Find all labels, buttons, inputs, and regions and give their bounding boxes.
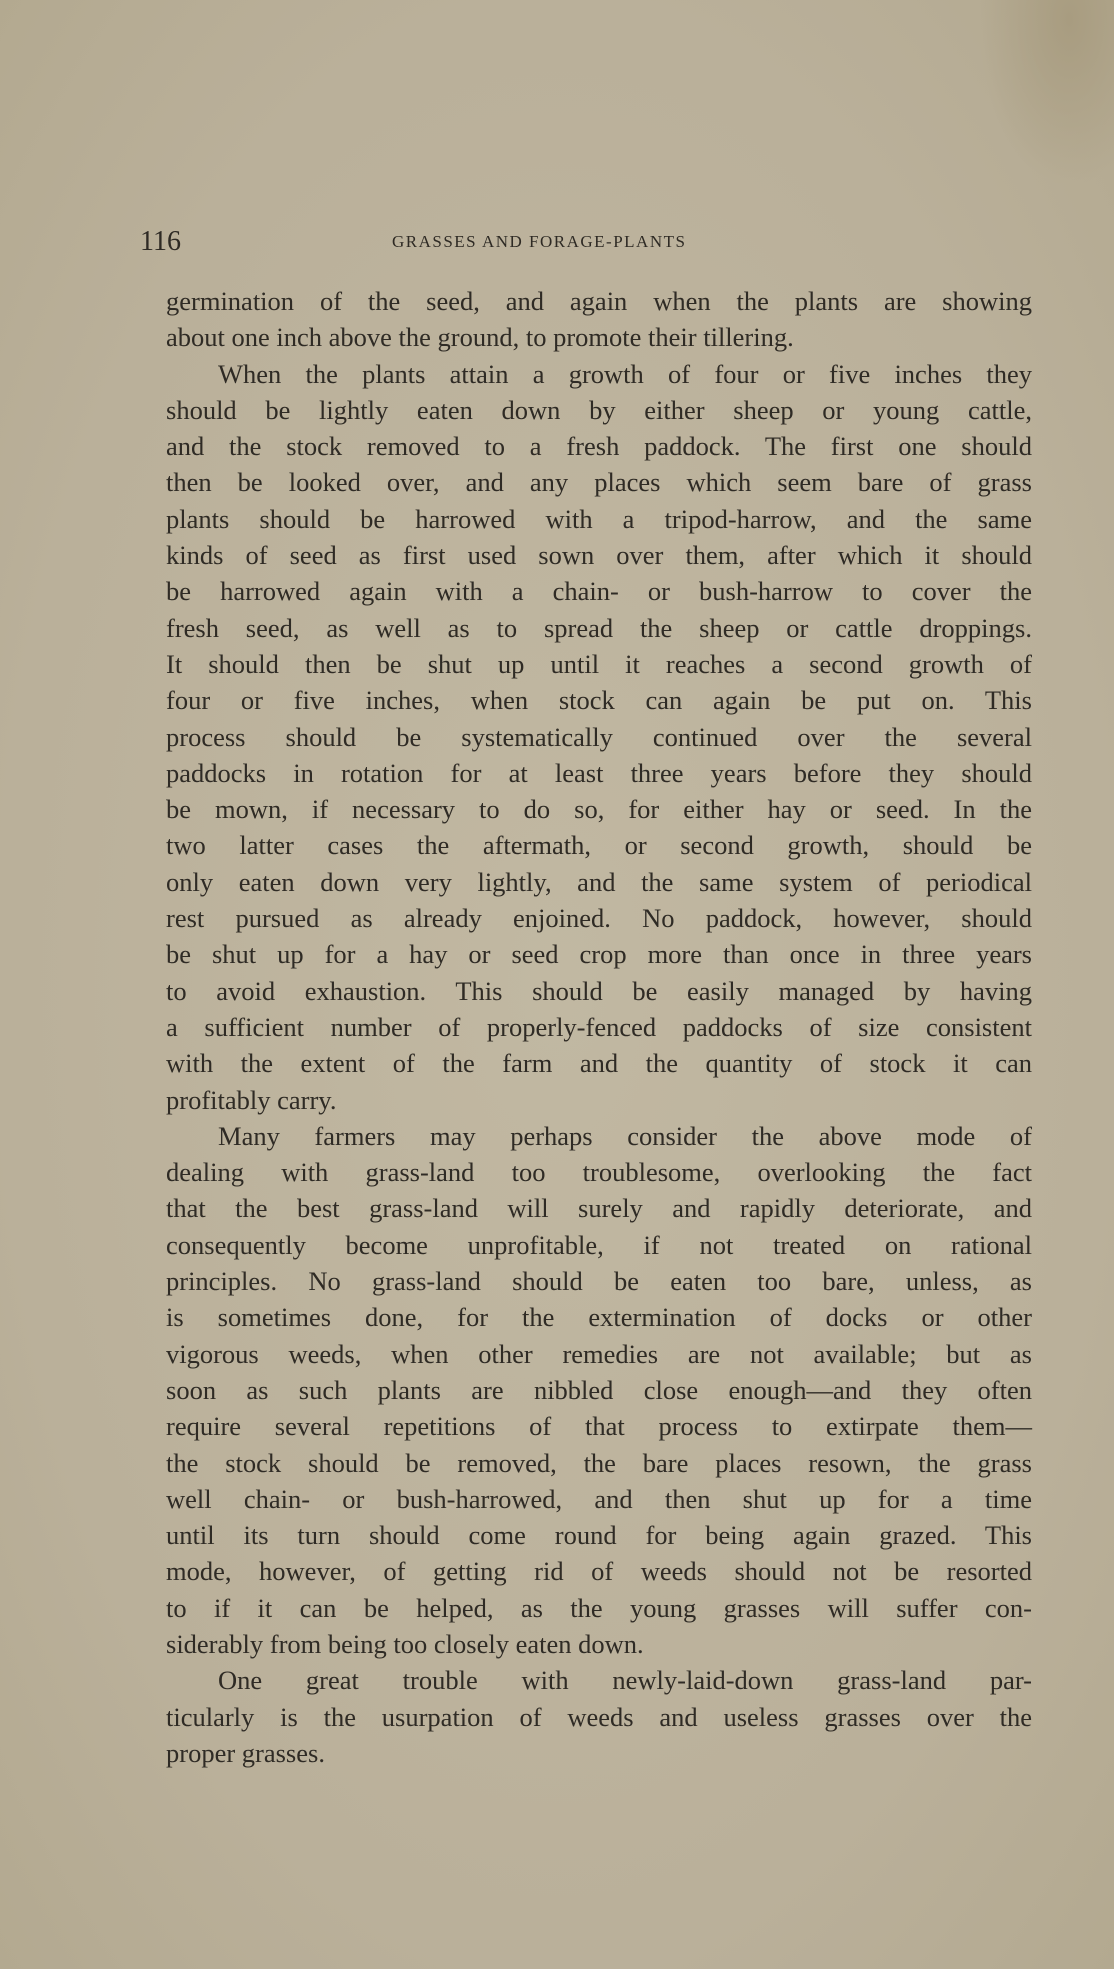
text-line: the stock should be removed, the bare pl… <box>166 1445 1032 1481</box>
text-line: require several repetitions of that proc… <box>166 1408 1032 1444</box>
running-title: GRASSES AND FORAGE-PLANTS <box>392 232 686 252</box>
text-line: principles. No grass-land should be eate… <box>166 1263 1032 1299</box>
text-line-paragraph-end: siderably from being too closely eaten d… <box>166 1626 1032 1662</box>
body-text: germination of the seed, and again when … <box>166 283 1032 1771</box>
text-line: to if it can be helped, as the young gra… <box>166 1590 1032 1626</box>
text-line: kinds of seed as first used sown over th… <box>166 537 1032 573</box>
text-line: a sufficient number of properly-fenced p… <box>166 1009 1032 1045</box>
text-line: mode, however, of getting rid of weeds s… <box>166 1553 1032 1589</box>
text-line-paragraph-start: When the plants attain a growth of four … <box>166 356 1032 392</box>
text-line: with the extent of the farm and the quan… <box>166 1045 1032 1081</box>
text-line-paragraph-end: proper grasses. <box>166 1735 1032 1771</box>
text-line: and the stock removed to a fresh paddock… <box>166 428 1032 464</box>
text-line: only eaten down very lightly, and the sa… <box>166 864 1032 900</box>
text-line: well chain- or bush-harrowed, and then s… <box>166 1481 1032 1517</box>
page-number: 116 <box>140 226 181 258</box>
text-line: process should be systematically continu… <box>166 719 1032 755</box>
text-line: rest pursued as already enjoined. No pad… <box>166 900 1032 936</box>
text-line: then be looked over, and any places whic… <box>166 464 1032 500</box>
text-line: vigorous weeds, when other remedies are … <box>166 1336 1032 1372</box>
text-line: ticularly is the usurpation of weeds and… <box>166 1699 1032 1735</box>
running-head: 116 GRASSES AND FORAGE-PLANTS <box>140 226 772 256</box>
text-line: that the best grass-land will surely and… <box>166 1190 1032 1226</box>
text-line-paragraph-start: One great trouble with newly-laid-down g… <box>166 1662 1032 1698</box>
text-line: paddocks in rotation for at least three … <box>166 755 1032 791</box>
text-line: is sometimes done, for the extermination… <box>166 1299 1032 1335</box>
text-line: should be lightly eaten down by either s… <box>166 392 1032 428</box>
text-line: two latter cases the aftermath, or secon… <box>166 827 1032 863</box>
text-line-paragraph-end: about one inch above the ground, to prom… <box>166 319 1032 355</box>
text-line: four or five inches, when stock can agai… <box>166 682 1032 718</box>
text-line: germination of the seed, and again when … <box>166 283 1032 319</box>
text-line: until its turn should come round for bei… <box>166 1517 1032 1553</box>
text-line: It should then be shut up until it reach… <box>166 646 1032 682</box>
text-line: fresh seed, as well as to spread the she… <box>166 610 1032 646</box>
text-line: be mown, if necessary to do so, for eith… <box>166 791 1032 827</box>
text-line: consequently become unprofitable, if not… <box>166 1227 1032 1263</box>
text-line: be shut up for a hay or seed crop more t… <box>166 936 1032 972</box>
text-line: plants should be harrowed with a tripod-… <box>166 501 1032 537</box>
text-line: soon as such plants are nibbled close en… <box>166 1372 1032 1408</box>
text-line: be harrowed again with a chain- or bush-… <box>166 573 1032 609</box>
text-line: dealing with grass-land too troublesome,… <box>166 1154 1032 1190</box>
text-line: to avoid exhaustion. This should be easi… <box>166 973 1032 1009</box>
book-page: 116 GRASSES AND FORAGE-PLANTS germinatio… <box>0 0 1114 1969</box>
text-line-paragraph-end: profitably carry. <box>166 1082 1032 1118</box>
text-line-paragraph-start: Many farmers may perhaps consider the ab… <box>166 1118 1032 1154</box>
